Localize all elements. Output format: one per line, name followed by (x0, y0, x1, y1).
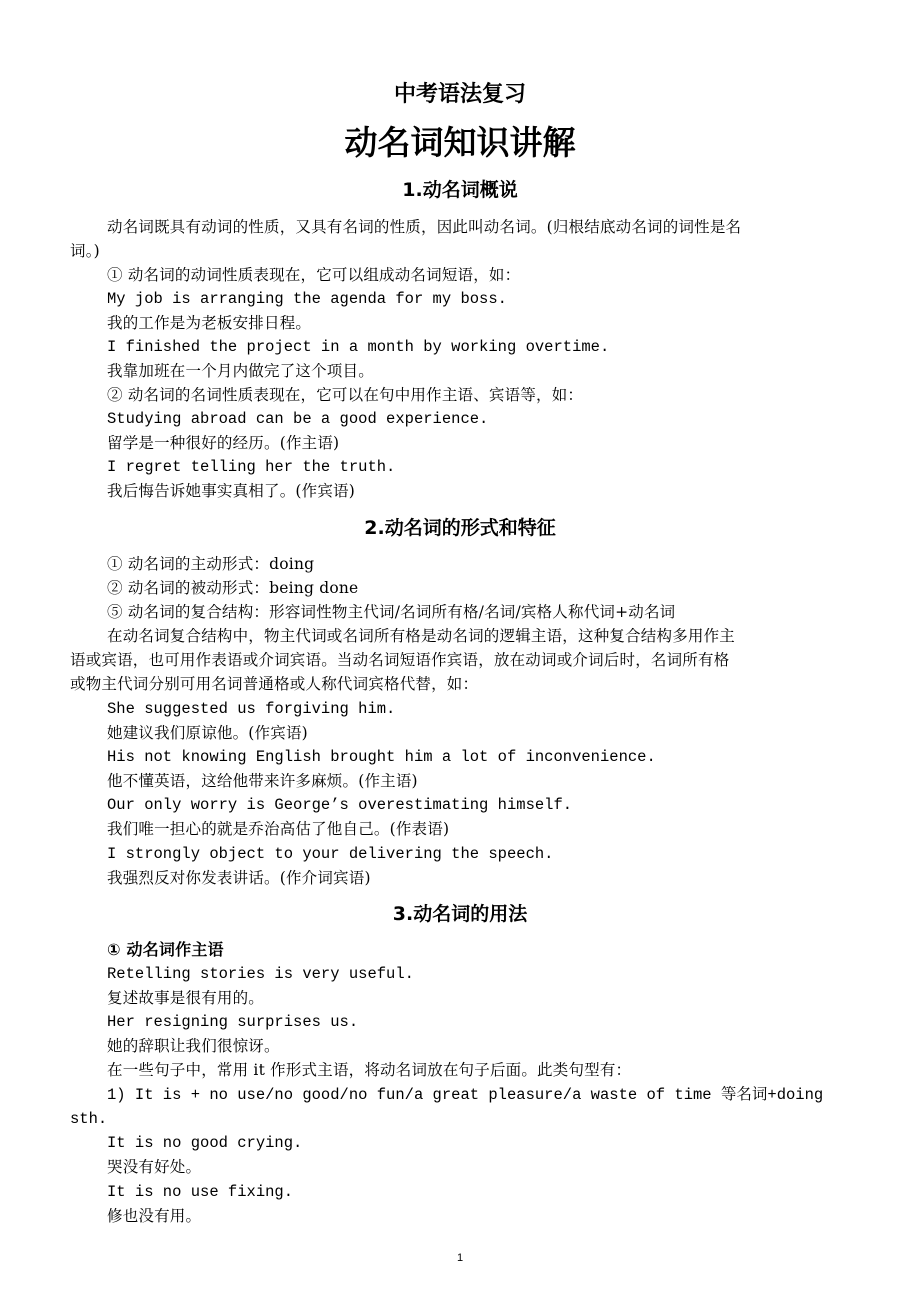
paragraph-line: 语或宾语，也可用作表语或介词宾语。当动名词短语作宾语，放在动词或介词后时，名词所… (70, 648, 729, 672)
example-sentence-zh: 我后悔告诉她事实真相了。(作宾语) (107, 479, 355, 503)
example-sentence-en: His not knowing English brought him a lo… (107, 745, 656, 769)
list-item: ⑤ 动名词的复合结构：形容词性物主代词/名词所有格/名词/宾格人称代词+动名词 (107, 600, 675, 624)
document-title: 动名词知识讲解 (0, 121, 920, 165)
paragraph-line: 在一些句子中，常用 it 作形式主语，将动名词放在句子后面。此类句型有： (107, 1058, 631, 1082)
example-sentence-en: I finished the project in a month by wor… (107, 335, 609, 359)
document-subtitle: 中考语法复习 (0, 80, 920, 110)
paragraph-line: 动名词既具有动词的性质，又具有名词的性质，因此叫动名词。(归根结底动名词的词性是… (107, 215, 741, 239)
list-item: ② 动名词的被动形式：being done (107, 576, 358, 600)
section-heading-2: 2.动名词的形式和特征 (0, 515, 920, 541)
example-sentence-en: Studying abroad can be a good experience… (107, 407, 488, 431)
example-sentence-en: I regret telling her the truth. (107, 455, 395, 479)
paragraph-line: 在动名词复合结构中，物主代词或名词所有格是动名词的逻辑主语，这种复合结构多用作主 (107, 624, 735, 648)
pattern-line: sth. (70, 1107, 107, 1131)
section-heading-1: 1.动名词概说 (0, 177, 920, 203)
example-sentence-zh: 我强烈反对你发表讲话。(作介词宾语) (107, 866, 371, 890)
example-sentence-zh: 哭没有好处。 (107, 1155, 201, 1179)
document-page: 中考语法复习 动名词知识讲解 1.动名词概说 动名词既具有动词的性质，又具有名词… (0, 0, 920, 1302)
pattern-line: 1) It is + no use/no good/no fun/a great… (107, 1083, 823, 1107)
paragraph-line: 或物主代词分别可用名词普通格或人称代词宾格代替，如： (70, 672, 478, 696)
example-sentence-zh: 他不懂英语，这给他带来许多麻烦。(作主语) (107, 769, 418, 793)
example-sentence-en: My job is arranging the agenda for my bo… (107, 287, 507, 311)
paragraph-line: 词。) (70, 239, 100, 263)
example-sentence-en: Retelling stories is very useful. (107, 962, 414, 986)
example-sentence-zh: 她建议我们原谅他。(作宾语) (107, 721, 308, 745)
list-item: ② 动名词的名词性质表现在，它可以在句中用作主语、宾语等，如： (107, 383, 583, 407)
example-sentence-en: It is no use fixing. (107, 1180, 293, 1204)
example-sentence-en: Our only worry is George’s overestimatin… (107, 793, 572, 817)
example-sentence-zh: 我的工作是为老板安排日程。 (107, 311, 311, 335)
example-sentence-zh: 复述故事是很有用的。 (107, 986, 264, 1010)
page-number: 1 (0, 1251, 920, 1265)
example-sentence-zh: 我靠加班在一个月内做完了这个项目。 (107, 359, 374, 383)
example-sentence-zh: 我们唯一担心的就是乔治高估了他自己。(作表语) (107, 817, 449, 841)
list-item: ① 动名词的动词性质表现在，它可以组成动名词短语，如： (107, 263, 520, 287)
example-sentence-zh: 她的辞职让我们很惊讶。 (107, 1034, 280, 1058)
section-heading-3: 3.动名词的用法 (0, 901, 920, 927)
list-item: ① 动名词的主动形式：doing (107, 552, 314, 576)
example-sentence-en: Her resigning surprises us. (107, 1010, 358, 1034)
example-sentence-zh: 留学是一种很好的经历。(作主语) (107, 431, 339, 455)
example-sentence-en: She suggested us forgiving him. (107, 697, 395, 721)
example-sentence-zh: 修也没有用。 (107, 1204, 201, 1228)
example-sentence-en: It is no good crying. (107, 1131, 302, 1155)
example-sentence-en: I strongly object to your delivering the… (107, 842, 553, 866)
subsection-heading: ① 动名词作主语 (107, 938, 224, 962)
